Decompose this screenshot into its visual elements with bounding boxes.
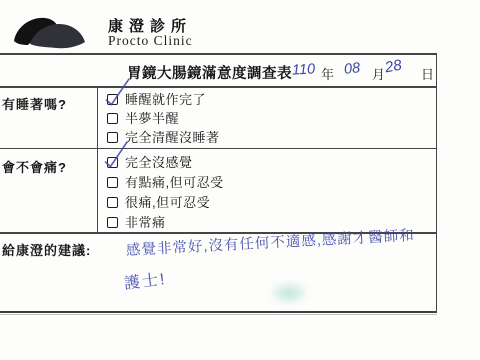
option-label: 有點痛,但可忍受	[125, 174, 224, 191]
option-row: 睡醒就作完了	[107, 91, 220, 108]
option-label: 半夢半醒	[125, 110, 179, 127]
option-row: 有點痛,但可忍受	[107, 174, 224, 191]
checkbox	[107, 113, 118, 124]
month-label: 月	[372, 64, 385, 83]
clinic-logo	[12, 13, 96, 49]
checkbox-checked	[107, 94, 118, 105]
title-row-divider	[0, 86, 437, 88]
scan-shadow-line	[0, 314, 437, 315]
checkbox	[107, 132, 118, 143]
clinic-name-english: Procto Clinic	[108, 33, 193, 49]
handwritten-year: 110	[292, 61, 316, 78]
year-label: 年	[321, 64, 334, 83]
option-row: 完全清醒沒睡著	[107, 129, 220, 146]
option-row: 很痛,但可忍受	[107, 194, 224, 211]
question-pain-options: 完全沒感覺 有點痛,但可忍受 很痛,但可忍受 非常痛	[107, 154, 224, 231]
option-label: 完全清醒沒睡著	[125, 129, 220, 146]
option-label: 很痛,但可忍受	[125, 194, 210, 211]
suggestion-label: 給康澄的建議:	[2, 240, 91, 259]
ink-smudge	[268, 280, 310, 306]
handwritten-day: 28	[384, 57, 403, 77]
checkbox	[107, 217, 118, 228]
question1-row-divider	[0, 148, 437, 150]
question-sleep-options: 睡醒就作完了 半夢半醒 完全清醒沒睡著	[107, 91, 220, 146]
checkbox-checked	[107, 157, 118, 168]
scanned-survey-form: 康澄診所 Procto Clinic 胃鏡大腸鏡滿意度調查表 110 年 08 …	[0, 0, 480, 360]
option-row: 非常痛	[107, 214, 224, 231]
question-pain-label: 會不會痛?	[2, 157, 67, 176]
option-label: 睡醒就作完了	[125, 91, 206, 108]
handwritten-comment-line2: 護士!	[123, 266, 168, 294]
form-title: 胃鏡大腸鏡滿意度調查表	[127, 62, 292, 83]
label-column-divider	[97, 86, 99, 233]
day-label: 日	[421, 64, 434, 83]
table-top-border	[0, 53, 437, 55]
question-sleep-label: 有睡著嗎?	[2, 94, 67, 113]
option-row: 完全沒感覺	[107, 154, 224, 171]
checkbox	[107, 197, 118, 208]
option-label: 完全沒感覺	[125, 154, 193, 171]
option-label: 非常痛	[125, 214, 166, 231]
checkbox	[107, 177, 118, 188]
table-right-border	[436, 53, 438, 313]
option-row: 半夢半醒	[107, 110, 220, 127]
handwritten-month: 08	[343, 60, 361, 78]
